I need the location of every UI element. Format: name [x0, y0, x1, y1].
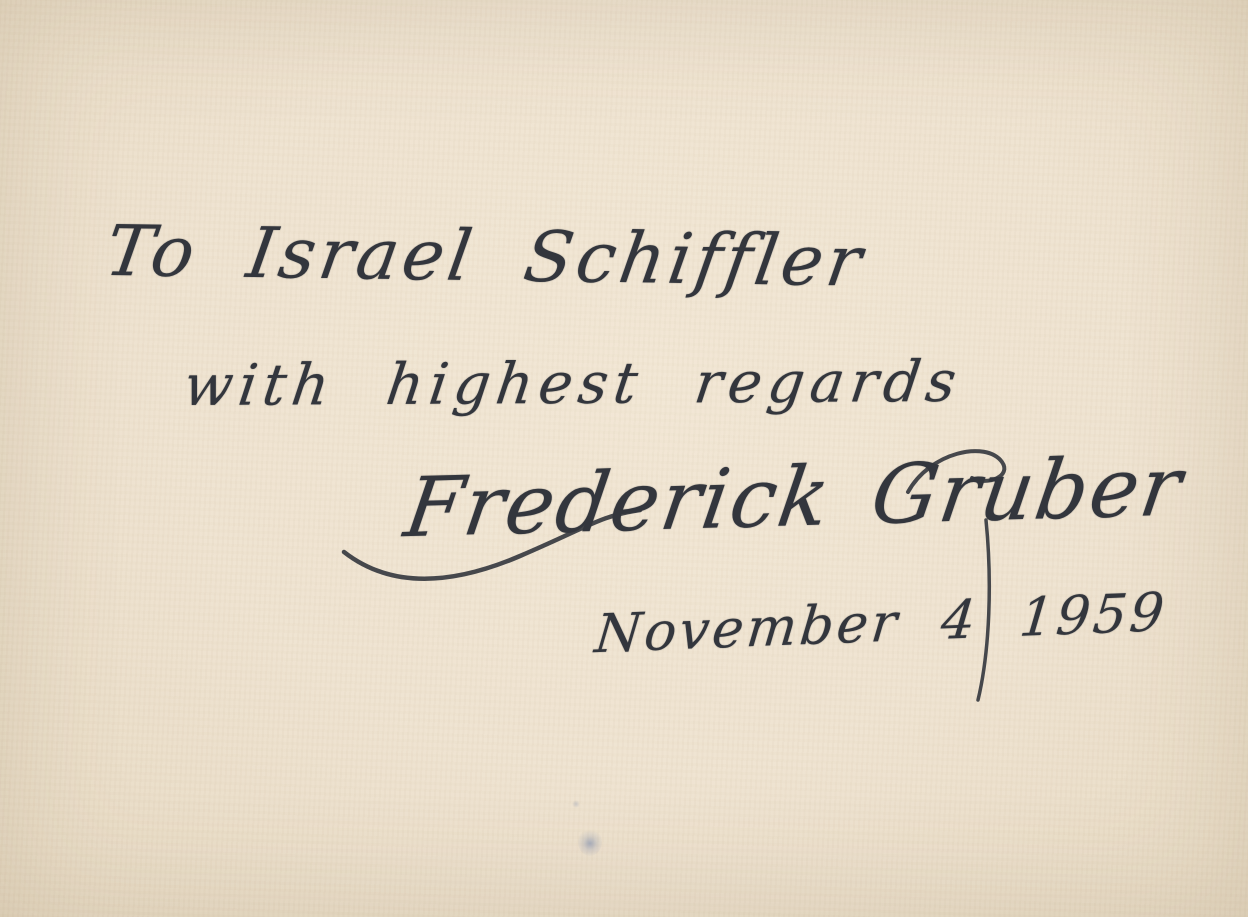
- signature: Frederick Gruber: [400, 446, 1188, 550]
- ink-smudge: [578, 828, 602, 856]
- inscription-dedication-line-1: To Israel Schiffler: [101, 216, 870, 296]
- inscription-dedication-line-2: with highest regards: [180, 354, 965, 415]
- inscription-date: November 4 1959: [593, 586, 1170, 661]
- book-page-photo: To Israel Schiffler with highest regards…: [0, 0, 1248, 917]
